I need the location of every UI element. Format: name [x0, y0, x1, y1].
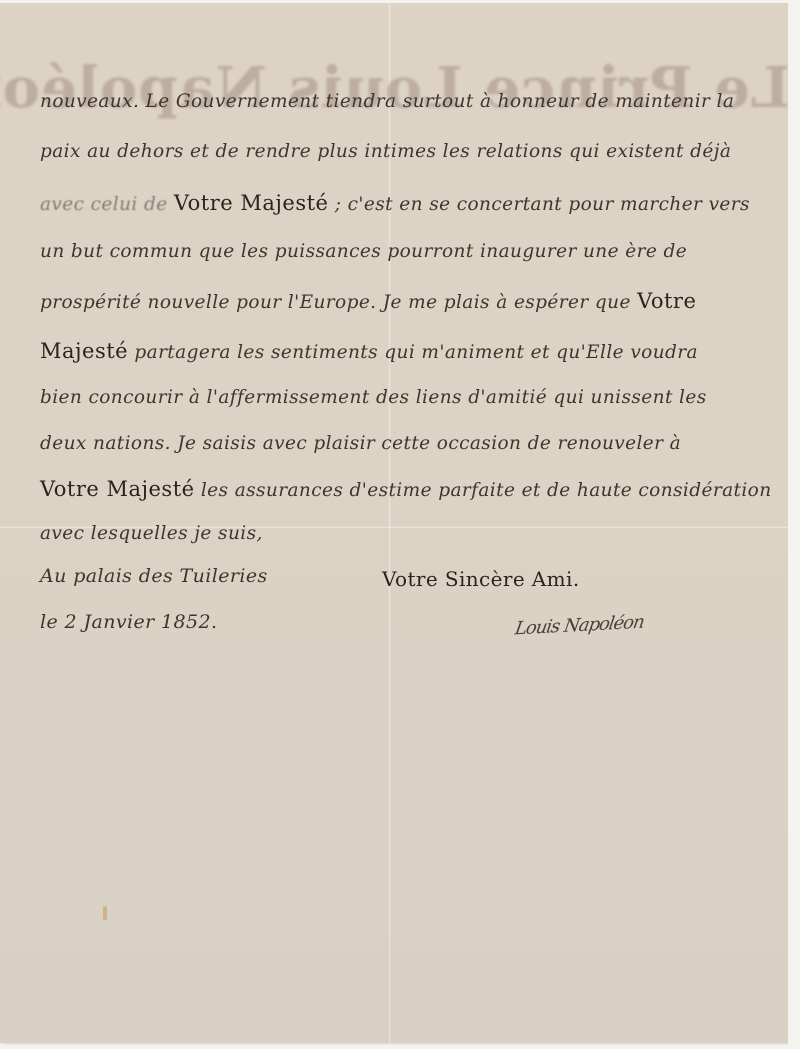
date-line: le 2 Janvier 1852.: [40, 611, 217, 633]
closing-salutation: Votre Sincère Ami.: [382, 567, 580, 591]
body-line-6: Majesté partagera les sentiments qui m'a…: [40, 339, 698, 363]
body-line-3: avec celui de Votre Majesté ; c'est en s…: [40, 191, 750, 215]
letter-sheet: Le Prince Louis Napoléon Bonaparte nouve…: [0, 3, 788, 1043]
body-line-9: Votre Majesté les assurances d'estime pa…: [40, 477, 772, 501]
body-line-6-post: partagera les sentiments qui m'animent e…: [134, 342, 698, 363]
body-line-8: deux nations. Je saisis avec plaisir cet…: [40, 433, 681, 454]
body-line-2: paix au dehors et de rendre plus intimes…: [40, 141, 731, 162]
body-line-5-pre: prospérité nouvelle pour l'Europe. Je me…: [40, 292, 631, 313]
body-line-9-post: les assurances d'estime parfaite et de h…: [201, 480, 772, 501]
body-line-7: bien concourir à l'affermissement des li…: [40, 387, 707, 408]
body-line-1: nouveaux. Le Gouvernement tiendra surtou…: [40, 91, 734, 112]
body-line-5-emph: Votre: [637, 289, 696, 313]
body-line-4: un but commun que les puissances pourron…: [40, 241, 687, 262]
signature: Louis Napoléon: [513, 612, 645, 640]
body-line-6-emph: Majesté: [40, 339, 128, 363]
body-line-3-pre: avec celui de: [40, 194, 168, 215]
body-line-5: prospérité nouvelle pour l'Europe. Je me…: [40, 289, 696, 313]
paper-stain: [103, 906, 107, 920]
body-line-9-emph: Votre Majesté: [40, 477, 195, 501]
body-line-3-emph: Votre Majesté: [174, 191, 329, 215]
body-line-3-post: ; c'est en se concertant pour marcher ve…: [335, 194, 750, 215]
body-line-10: avec lesquelles je suis,: [40, 523, 263, 544]
page-background-edge: [788, 0, 800, 1049]
place-line: Au palais des Tuileries: [40, 565, 268, 587]
